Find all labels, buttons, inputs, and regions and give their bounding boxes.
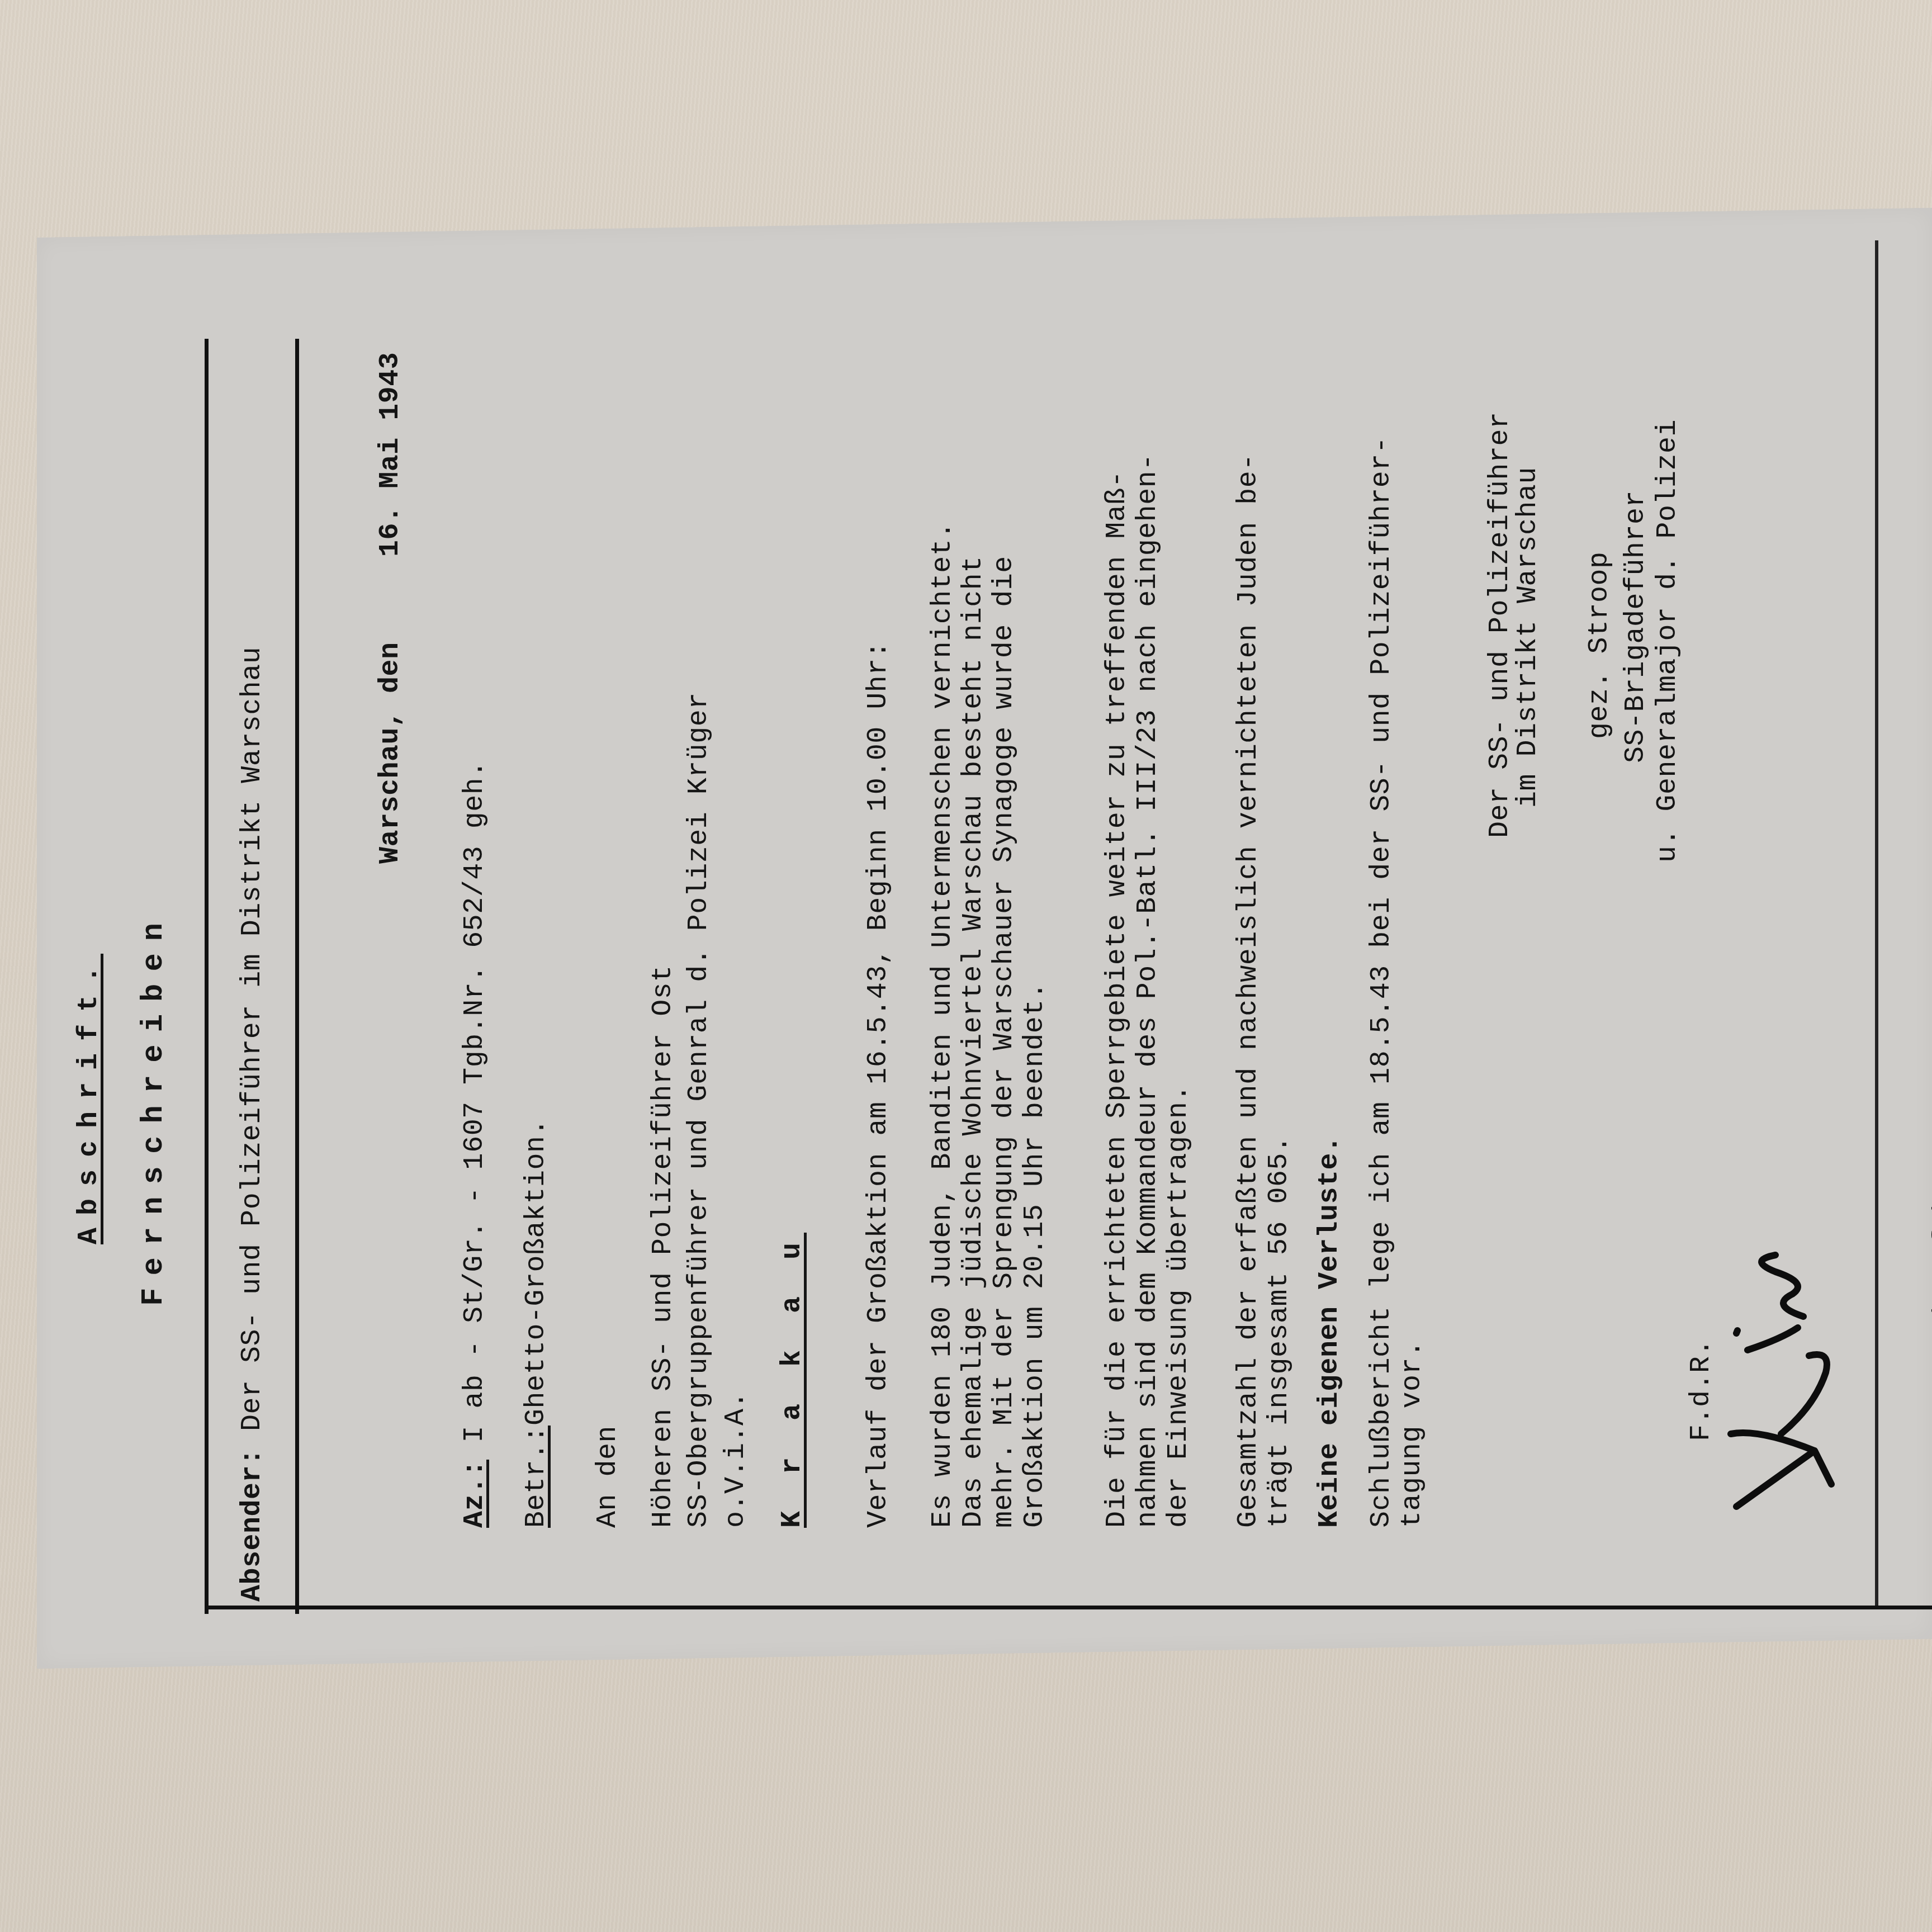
sender-label: Absender: <box>236 1448 268 1602</box>
place-date: Warschau, den 16. Mai 1943 <box>375 352 406 864</box>
recipient-city: K r a k a u <box>777 1233 808 1528</box>
body-line: tagung vor. <box>1397 1340 1428 1528</box>
reference-line: Az.: I ab - St/Gr. - 1607 Tgb.Nr. 652/43… <box>460 760 490 1528</box>
body-line: Verlauf der Großaktion am 16.5.43, Begin… <box>863 641 894 1528</box>
recipient-line: o.V.i.A. <box>721 1391 751 1528</box>
copy-mark: Abschrift. <box>74 954 105 1244</box>
recipient-line: Höheren SS- und Polizeiführer Ost <box>648 965 679 1528</box>
body-line: Die für die errichteten Sperrgebiete wei… <box>1102 471 1133 1528</box>
rank-line: SS-Brigadeführer <box>1621 490 1651 763</box>
reference-label: Az.: <box>459 1460 491 1528</box>
office-line: im Distrikt Warschau <box>1513 467 1543 808</box>
body-line: Gesamtzahl der erfaßten und nachweislich… <box>1233 453 1264 1528</box>
rank-line: u. Generalmajor d. Polizei <box>1652 419 1683 863</box>
body-line: mehr. Mit der Sprengung der Warschauer S… <box>989 556 1020 1528</box>
recipient-salutation: An den <box>593 1426 623 1528</box>
recipient-line: SS-Obergruppenführer und Genral d. Poliz… <box>684 692 714 1528</box>
subject-label: Betr.: <box>520 1426 552 1528</box>
place-date-label: Warschau, den <box>375 642 406 864</box>
handwritten-signature <box>1714 1227 1859 1518</box>
teletype-document: Abschrift. Fernschreiben Absender: Der S… <box>37 240 1932 1663</box>
margin-rule <box>205 1606 1932 1609</box>
header-rule-top <box>205 339 209 1614</box>
body-line: Schlußbericht lege ich am 18.5.43 bei de… <box>1366 437 1397 1528</box>
header-rule-bottom <box>295 339 299 1614</box>
body-line: Großaktion um 20.15 Uhr beendet. <box>1020 982 1050 1528</box>
subject-line: Betr.:Ghetto-Großaktion. <box>521 1119 552 1528</box>
signed-name: gez. Stroop <box>1584 551 1615 739</box>
footer-rule <box>1875 240 1878 1607</box>
sender-line: Absender: Der SS- und Polizeiführer im D… <box>237 647 268 1602</box>
body-line: Es wurden 180 Juden, Banditen und Unterm… <box>927 522 958 1528</box>
office-line: Der SS- und Polizeiführer <box>1485 411 1516 838</box>
body-line: nahmen sind dem Kommandeur des Pol.-Batl… <box>1133 453 1163 1528</box>
reference: I ab - St/Gr. - 1607 Tgb.Nr. 652/43 geh. <box>459 760 491 1442</box>
certification-label: F.d.R. <box>1686 1339 1717 1441</box>
body-line: Das ehemalige jüdische Wohnviertel Warsc… <box>958 556 989 1528</box>
sender: Der SS- und Polizeiführer im Distrikt Wa… <box>236 647 268 1431</box>
body-line: der Einweisung übertragen. <box>1163 1085 1194 1528</box>
date: 16. Mai 1943 <box>375 352 406 557</box>
body-line: trägt insgesamt 56 065. <box>1264 1135 1295 1528</box>
body-line: Keine eigenen Verluste. <box>1314 1135 1345 1528</box>
document-title: Fernschreiben <box>139 911 169 1306</box>
certification-rank: SS-Sturmbannführer <box>1929 1144 1932 1451</box>
subject: Ghetto-Großaktion. <box>520 1119 552 1426</box>
